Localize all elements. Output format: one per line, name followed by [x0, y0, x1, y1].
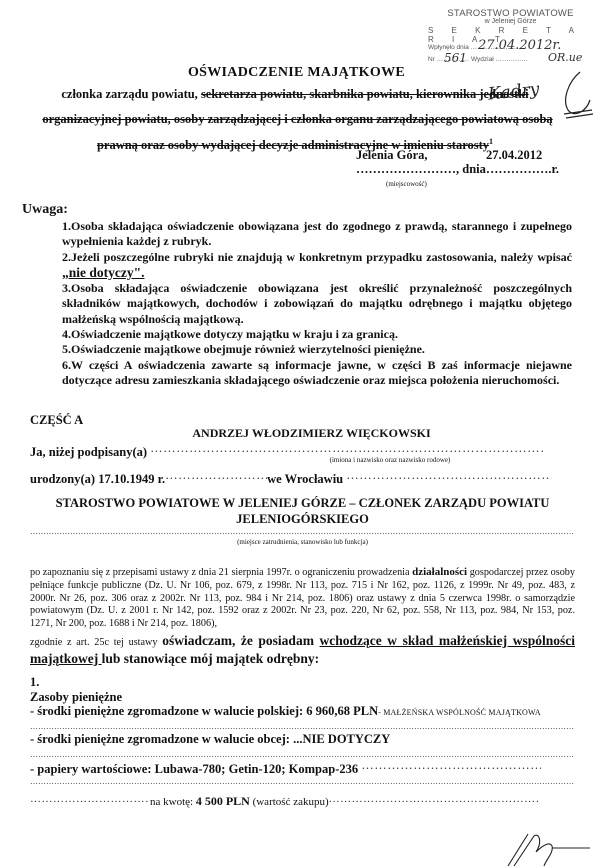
declaration-statement: zgodnie z art. 25c tej ustawy oświadczam… — [30, 633, 575, 668]
dotted-line: …………………………………………………………………………………………………………… — [30, 722, 575, 731]
stamp-city: w Jeleniej Górze — [428, 18, 593, 25]
pln-funds-row: - środki pieniężne zgromadzone w walucie… — [30, 704, 541, 719]
footnote-marker: 1 — [489, 137, 493, 146]
subtitle-line-1: członka zarządu powiatu, sekretarza powi… — [40, 87, 550, 102]
employer-position: STAROSTWO POWIATOWE W JELENIEJ GÓRZE – C… — [30, 495, 575, 527]
subtitle-line-2: organizacyjnej powiatu, osoby zarządzają… — [20, 112, 575, 127]
note-4: 4.Oświadczenie majątkowe dotyczy majątku… — [62, 327, 572, 342]
stamp-department-value: OR.ue — [548, 51, 582, 64]
note-2: 2.Jeżeli poszczególne rubryki nie znajdu… — [62, 250, 572, 282]
section-heading: Zasoby pieniężne — [30, 690, 122, 705]
place-caption: (miejscowość) — [386, 180, 427, 188]
section-number: 1. — [30, 675, 39, 690]
securities-value: Lubawa-780; Getin-120; Kompap-236 — [155, 762, 358, 776]
subtitle-line-3: prawną oraz osoby wydającej decyzje admi… — [40, 137, 550, 153]
employer-caption: (miejsce zatrudnienia, stanowisko lub fu… — [30, 538, 575, 546]
dotted-line: …………………………………………………………………………………………………………… — [30, 777, 575, 786]
date-value: 27.04.2012 — [486, 148, 542, 163]
legal-basis-text: po zapoznaniu się z przepisami ustawy z … — [30, 566, 575, 631]
securities-amount-value: 4 500 PLN — [196, 794, 250, 808]
place-value: Jelenia Góra, — [356, 148, 428, 163]
securities-row: - papiery wartościowe: Lubawa-780; Getin… — [30, 758, 541, 777]
notes-heading: Uwaga: — [22, 202, 68, 218]
document-title: OŚWIADCZENIE MAJĄTKOWE — [0, 65, 593, 81]
nie-dotyczy-text: „nie dotyczy". — [62, 265, 144, 280]
name-dotted-line: …………………………………………………………………………………………………………… — [150, 441, 545, 456]
pln-funds-note: - MAŁŻEŃSKA WSPÓLNOŚĆ MAJĄTKOWA — [378, 708, 541, 717]
note-5: 5.Oświadczenie majątkowe obejmuje równie… — [62, 342, 572, 357]
note-6: 6.W części A oświadczenia zawarte są inf… — [62, 358, 572, 389]
foreign-funds-row: - środki pieniężne zgromadzone w walucie… — [30, 732, 390, 747]
registry-stamp: STAROSTWO POWIATOWE w Jeleniej Górze S E… — [428, 8, 593, 68]
employer-dotted-line: …………………………………………………………………………………………………………… — [30, 527, 575, 536]
note-3: 3.Osoba składająca oświadczenie obowiąza… — [62, 281, 572, 327]
signed-label: Ja, niżej podpisany(a) — [30, 445, 147, 459]
pln-funds-value: 6 960,68 PLN — [306, 704, 378, 718]
birth-date: 17.10.1949 r. — [98, 472, 165, 486]
signature-bottom — [500, 830, 593, 867]
foreign-funds-value: ...NIE DOTYCZY — [293, 732, 390, 746]
securities-amount-row: ………………………………………………na kwotę: 4 500 PLN (w… — [30, 793, 575, 809]
name-caption: (imiona i nazwisko oraz nazwisko rodowe) — [200, 456, 580, 464]
note-1: 1.Osoba składająca oświadczenie obowiąza… — [62, 219, 572, 250]
place-date-template: ……………………, dnia…………….r. — [356, 162, 559, 177]
birth-row: urodzony(a) 17.10.1949 r.……………………………………w… — [30, 468, 551, 487]
notes-list: 1.Osoba składająca oświadczenie obowiąza… — [62, 219, 572, 388]
birth-place: we Wrocławiu — [267, 472, 343, 486]
declarant-full-name: ANDRZEJ WŁODZIMIERZ WIĘCKOWSKI — [0, 426, 593, 441]
stamp-number-value: 561 — [444, 51, 467, 65]
